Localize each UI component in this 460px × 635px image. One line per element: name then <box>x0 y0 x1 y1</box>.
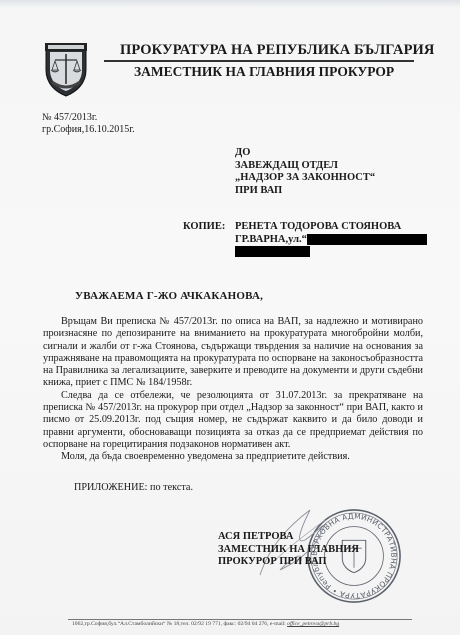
reference-number: № 457/2013г. <box>42 112 135 124</box>
footer-address: 1062,гр.София,бул.“Ал.Стамболийски“ № 18… <box>72 621 287 627</box>
body-paragraph: Връщам Ви преписка № 457/2013г. по описа… <box>43 316 423 390</box>
copies-label: КОПИЕ: <box>183 221 225 232</box>
recipient-to: ДО <box>235 147 375 160</box>
reference-block: № 457/2013г. гр.София,16.10.2015г. <box>42 112 135 136</box>
attachment-note: ПРИЛОЖЕНИЕ: по текста. <box>74 482 193 493</box>
recipient-office: ПРИ ВАП <box>235 185 375 198</box>
footer-email-link[interactable]: office_petrova@prb.bg <box>287 621 339 627</box>
recipient-block: ДО ЗАВЕЖДАЩ ОТДЕЛ „НАДЗОР ЗА ЗАКОННОСТ“ … <box>235 147 375 197</box>
redaction-bar <box>235 246 310 257</box>
institution-title: ПРОКУРАТУРА НА РЕПУБЛИКА БЪЛГАРИЯ <box>120 42 435 59</box>
office-subtitle: ЗАМЕСТНИК НА ГЛАВНИЯ ПРОКУРОР <box>134 64 394 80</box>
place-date: гр.София,16.10.2015г. <box>42 124 135 136</box>
copy-recipient-name: РЕНЕТА ТОДОРОВА СТОЯНОВА <box>235 221 427 234</box>
copy-recipient-address: ГР.ВАРНА,ул.“ <box>235 234 427 247</box>
footer-divider <box>68 619 412 620</box>
recipient-unit: „НАДЗОР ЗА ЗАКОННОСТ“ <box>235 172 375 185</box>
header-divider <box>104 60 414 62</box>
salutation: УВАЖАЕМА Г-ЖО АЧКАКАНОВА, <box>75 290 263 302</box>
prosecution-emblem-icon <box>42 40 90 98</box>
redaction-bar <box>307 234 427 245</box>
footer-contact: 1062,гр.София,бул.“Ал.Стамболийски“ № 18… <box>72 621 339 627</box>
body-paragraph: Моля, да бъда своевременно уведомена за … <box>43 451 423 463</box>
letter-body: Връщам Ви преписка № 457/2013г. по описа… <box>43 316 423 464</box>
letter-page: ПРОКУРАТУРА НА РЕПУБЛИКА БЪЛГАРИЯ ЗАМЕСТ… <box>0 0 460 635</box>
body-paragraph: Следва да се отбележи, че резолюцията от… <box>43 390 423 451</box>
signatory-title: ЗАМЕСТНИК НА ГЛАВНИЯ <box>218 544 359 557</box>
address-prefix: ГР.ВАРНА,ул.“ <box>235 234 307 245</box>
copy-recipient-address-line2 <box>235 246 427 259</box>
copies-block: РЕНЕТА ТОДОРОВА СТОЯНОВА ГР.ВАРНА,ул.“ <box>235 221 427 259</box>
signature-block: АСЯ ПЕТРОВА ЗАМЕСТНИК НА ГЛАВНИЯ ПРОКУРО… <box>218 531 359 569</box>
signatory-name: АСЯ ПЕТРОВА <box>218 531 359 544</box>
signatory-title-line2: ПРОКУРОР ПРИ ВАП <box>218 556 359 569</box>
recipient-department: ЗАВЕЖДАЩ ОТДЕЛ <box>235 160 375 173</box>
